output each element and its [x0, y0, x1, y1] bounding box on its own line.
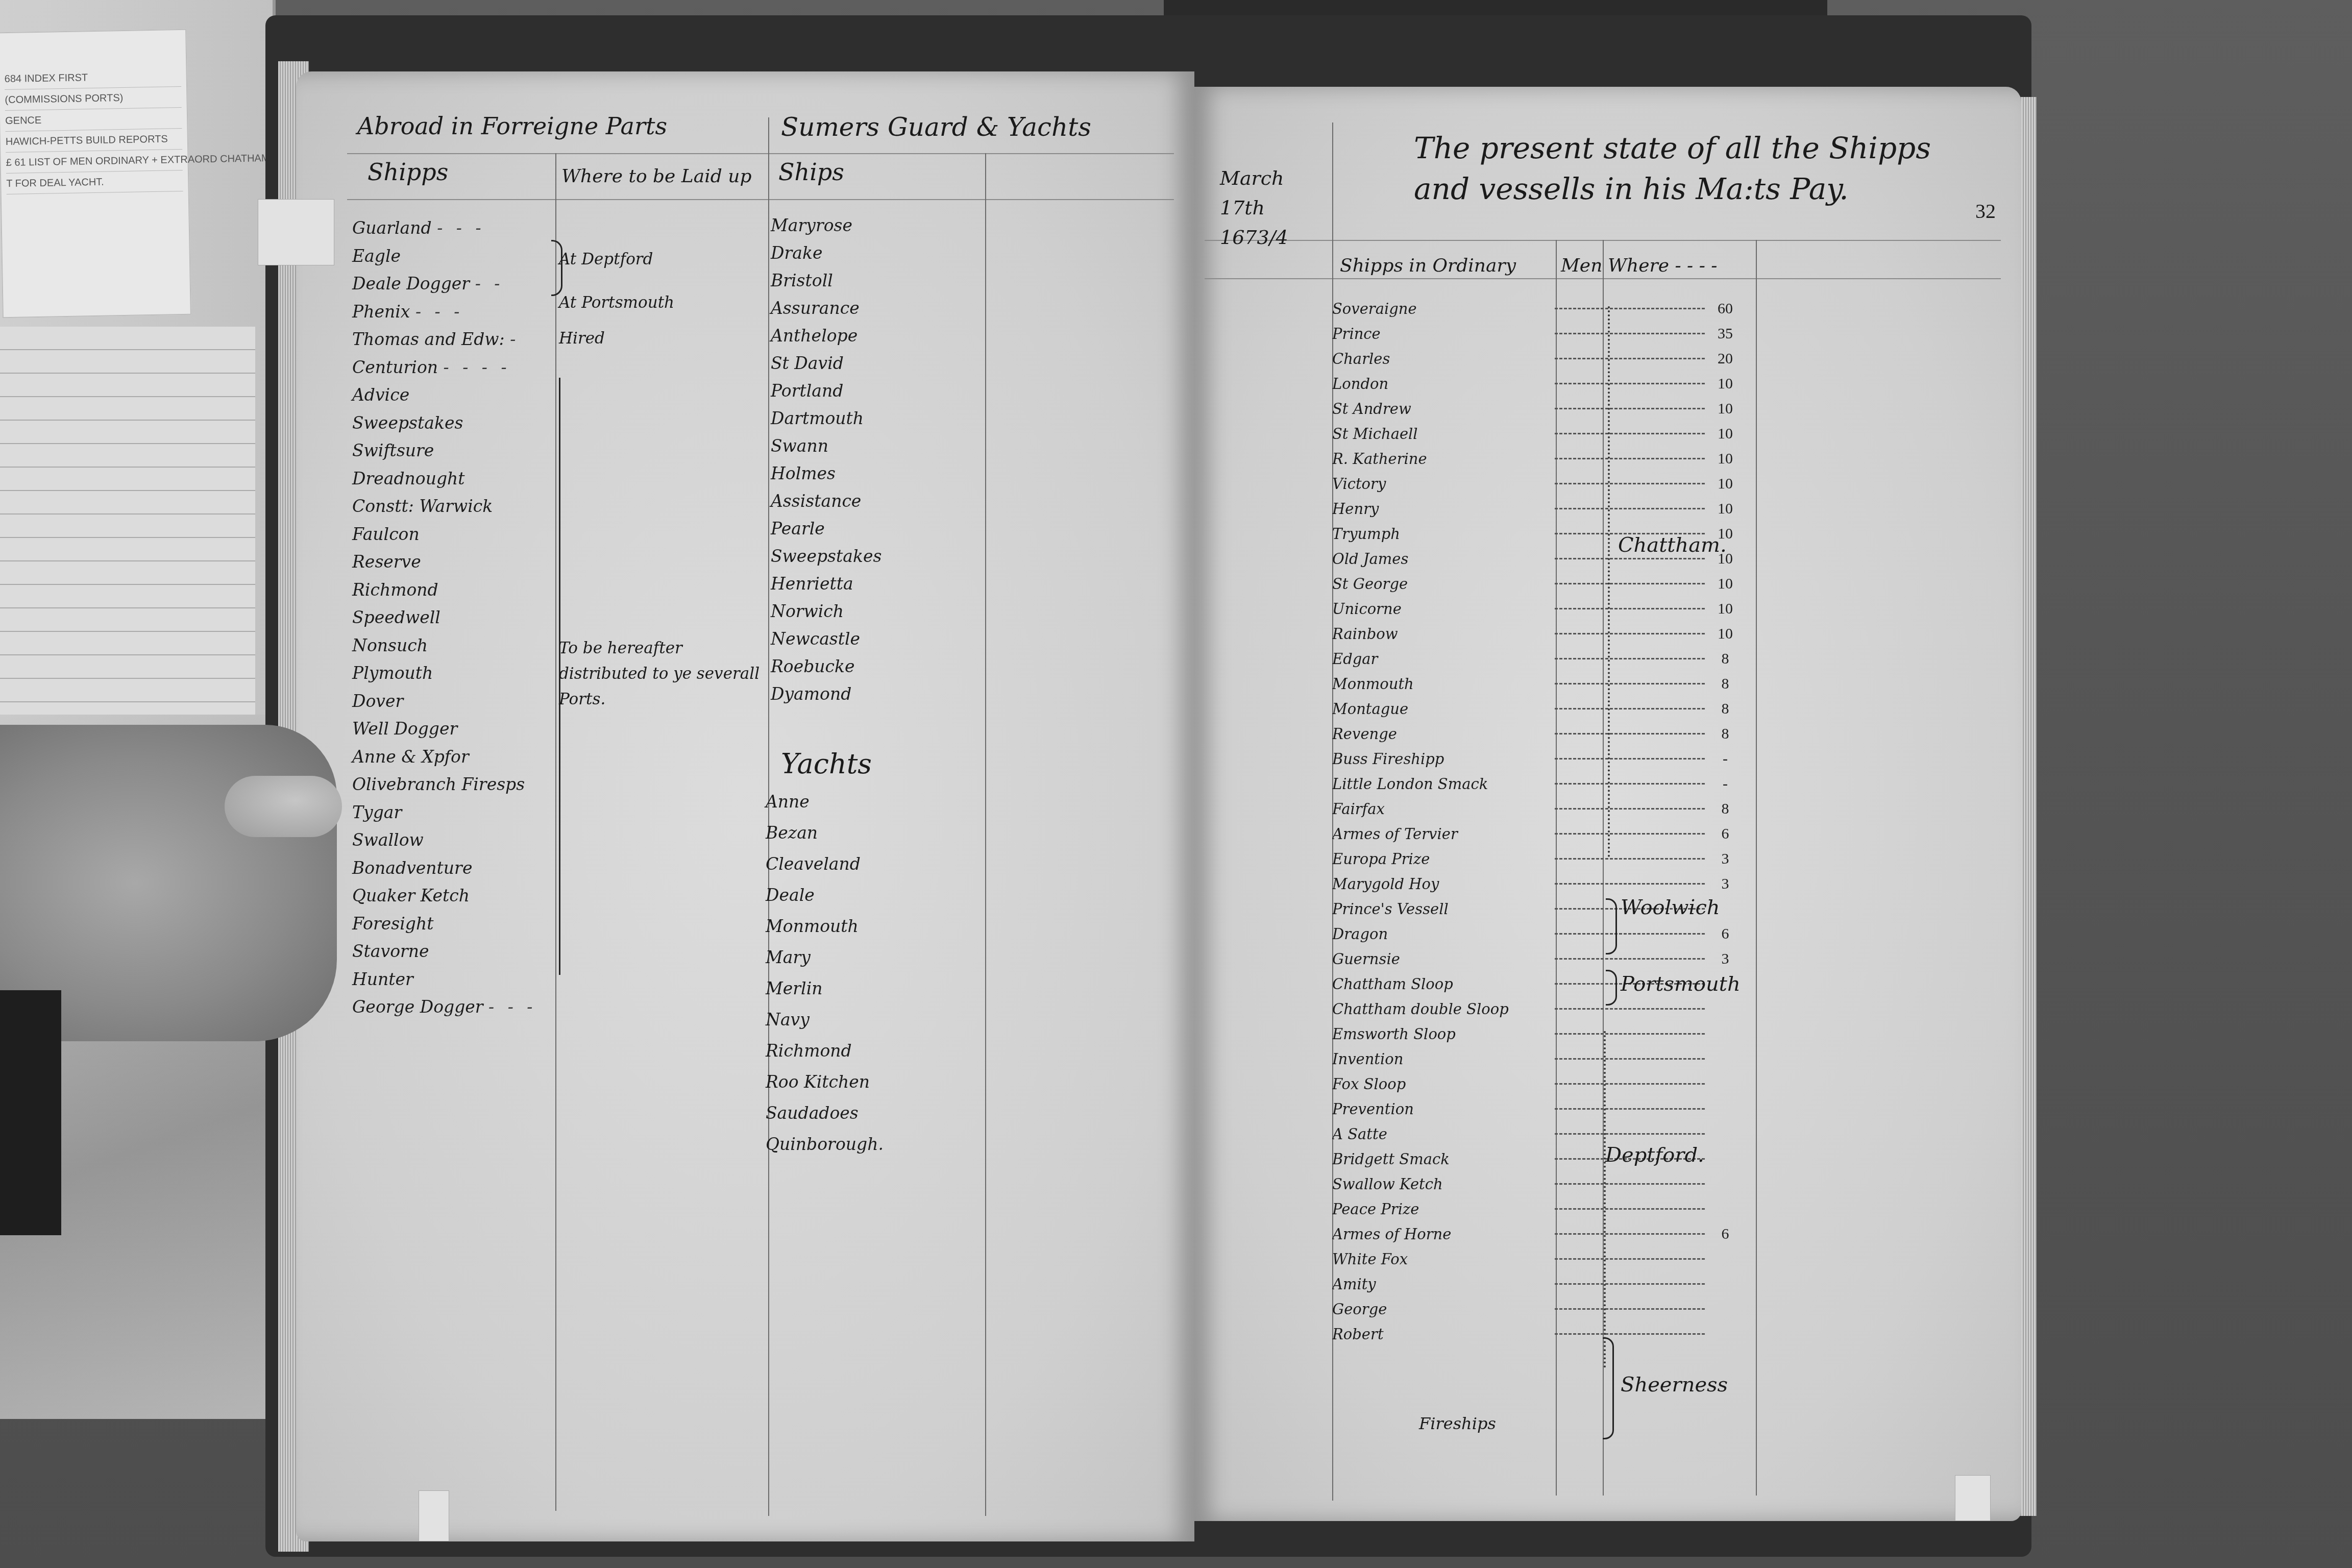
list-item: Swiftsure: [352, 437, 537, 465]
list-item: Anne & Xpfor: [352, 743, 537, 771]
list-item: Dreadnought: [352, 465, 537, 493]
list-item: Anthelope: [771, 322, 881, 350]
folio-number: 32: [1975, 199, 1996, 223]
location-label: Deptford.: [1605, 1143, 1704, 1167]
where-note: Hired: [559, 329, 605, 348]
list-item: Richmond: [352, 576, 537, 604]
list-item: Sweepstakes: [771, 543, 881, 570]
ruled-line: [347, 199, 1174, 200]
table-row: Little London Smack-: [1332, 771, 1741, 796]
table-row: Chattham double Sloop: [1332, 996, 1741, 1021]
location-label: Woolwich: [1621, 896, 1720, 919]
where-note: At Deptford: [559, 250, 653, 268]
list-item: Eagle: [352, 242, 537, 271]
table-row: Unicorne10: [1332, 596, 1741, 621]
list-item: Deale: [766, 879, 884, 911]
archive-note-card: 684 INDEX FIRST (COMMISSIONS PORTS) GENC…: [0, 29, 191, 318]
table-row: Henry10: [1332, 496, 1741, 521]
table-row: A Satte: [1332, 1121, 1741, 1146]
list-item: Advice: [352, 381, 537, 409]
table-row: Fox Sloop: [1332, 1071, 1741, 1096]
note-line: GENCE: [5, 108, 182, 132]
table-row: Monmouth8: [1332, 671, 1741, 696]
list-item: Cleaveland: [766, 848, 884, 879]
location-label: Sheerness: [1621, 1373, 1728, 1396]
table-row: St Andrew10: [1332, 396, 1741, 421]
list-item: Anne: [766, 786, 884, 817]
paper-tab: [419, 1490, 449, 1541]
list-item: Navy: [766, 1004, 884, 1035]
list-item: Maryrose: [771, 212, 881, 239]
list-item: Deale Dogger - -: [352, 270, 537, 298]
table-row: George: [1332, 1296, 1741, 1321]
table-row: London10: [1332, 371, 1741, 396]
column-rule: [985, 153, 986, 1516]
location-brace: [1603, 1337, 1614, 1439]
table-row: Edgar8: [1332, 646, 1741, 671]
paper-tab: [1955, 1475, 1991, 1521]
column-rule: [1756, 240, 1757, 1496]
list-item: Henrietta: [771, 570, 881, 598]
where-note: At Portsmouth: [559, 293, 674, 312]
table-row: R. Katherine10: [1332, 446, 1741, 471]
table-row: Victory10: [1332, 471, 1741, 496]
table-row: Europa Prize3: [1332, 846, 1741, 871]
column-rule: [555, 153, 556, 1511]
list-item: Olivebranch Firesps: [352, 771, 537, 799]
list-item: Reserve: [352, 548, 537, 576]
note-line: T FOR DEAL YACHT.: [6, 170, 183, 194]
table-row: Rainbow10: [1332, 621, 1741, 646]
fireships-note: Firesps: [461, 774, 525, 794]
table-row: Guernsie3: [1332, 946, 1741, 971]
location-brace: [1606, 970, 1617, 1006]
list-item: Dartmouth: [771, 405, 881, 432]
table-row: Fairfax8: [1332, 796, 1741, 821]
list-item: Bristoll: [771, 267, 881, 295]
list-item: Assurance: [771, 295, 881, 322]
column-header-where: Where - - - -: [1608, 255, 1717, 276]
column-header-where: Where to be Laid up: [561, 166, 751, 187]
list-item: Tygar: [352, 799, 537, 827]
abroad-ships-list: Guarland - - - Eagle Deale Dogger - - Ph…: [352, 214, 537, 1021]
list-item: Richmond: [766, 1035, 884, 1066]
list-item: Constt: Warwick: [352, 493, 537, 521]
list-item: Faulcon: [352, 521, 537, 549]
list-item: Norwich: [771, 598, 881, 625]
column-header-ships: Shipps: [367, 158, 448, 186]
list-item: Saudadoes: [766, 1097, 884, 1129]
table-row: Amity: [1332, 1271, 1741, 1296]
thumb: [225, 776, 342, 837]
note-line: 684 INDEX FIRST: [4, 66, 181, 90]
section-title-abroad: Abroad in Forreigne Parts: [357, 112, 667, 140]
fireships-note: Fireships: [1419, 1414, 1496, 1433]
section-title-summer-guard: Sumers Guard & Yachts: [781, 112, 1091, 142]
list-item: Plymouth: [352, 659, 537, 688]
yachts-list: Anne Bezan Cleaveland Deale Monmouth Mar…: [766, 786, 884, 1160]
table-row: Marygold Hoy3: [1332, 871, 1741, 896]
table-row: Revenge8: [1332, 721, 1741, 746]
ruled-paper: [0, 327, 255, 715]
list-item: George Dogger - - -: [352, 993, 537, 1021]
list-item: Swallow: [352, 826, 537, 854]
list-item: Thomas and Edw: -: [352, 326, 537, 354]
list-item: Dover: [352, 688, 537, 716]
list-item: Speedwell: [352, 604, 537, 632]
yachts-heading: Yachts: [781, 748, 872, 780]
column-header-ships-ordinary: Shipps in Ordinary: [1340, 255, 1516, 276]
list-item: Foresight: [352, 910, 537, 938]
table-row: Soveraigne60: [1332, 296, 1741, 321]
note-line: (COMMISSIONS PORTS): [5, 87, 182, 111]
list-item: Holmes: [771, 460, 881, 487]
table-row: Peace Prize: [1332, 1196, 1741, 1221]
table-row: Montague8: [1332, 696, 1741, 721]
jacket-sleeve: [0, 990, 61, 1235]
table-row: St George10: [1332, 571, 1741, 596]
list-item: Swann: [771, 432, 881, 460]
where-note: To be hereafter distributed to ye severa…: [559, 635, 763, 712]
location-label: Chattham.: [1618, 533, 1727, 557]
list-item: Well Dogger: [352, 715, 537, 743]
location-label: Portsmouth: [1621, 972, 1741, 996]
list-item: Stavorne: [352, 938, 537, 966]
list-item: Pearle: [771, 515, 881, 543]
list-item: Phenix - - -: [352, 298, 537, 326]
page-title: The present state of all the Shipps and …: [1414, 128, 1975, 209]
list-item: Bezan: [766, 817, 884, 848]
table-row: Robert: [1332, 1321, 1741, 1346]
entry-date: March 17th 1673/4: [1220, 163, 1322, 252]
list-item: Merlin: [766, 973, 884, 1004]
table-row: Buss Fireshipp-: [1332, 746, 1741, 771]
list-item: St David: [771, 350, 881, 377]
list-item: Hunter: [352, 966, 537, 994]
table-row: Armes of Horne6: [1332, 1221, 1741, 1246]
table-row: Prevention: [1332, 1096, 1741, 1121]
note-line: £ 61 LIST OF MEN ORDINARY + EXTRAORD CHA…: [6, 150, 183, 174]
location-brace: [1608, 306, 1610, 857]
column-header-ships-summer: Ships: [778, 158, 844, 186]
table-row: Dragon6: [1332, 921, 1741, 946]
list-item: Guarland - - -: [352, 214, 537, 242]
location-brace: [1604, 1031, 1606, 1368]
list-item: Assistance: [771, 487, 881, 515]
list-item: Dyamond: [771, 680, 881, 708]
table-row: Swallow Ketch: [1332, 1171, 1741, 1196]
list-item: Newcastle: [771, 625, 881, 653]
table-row: Invention: [1332, 1046, 1741, 1071]
table-row: Charles20: [1332, 346, 1741, 371]
table-row: Armes of Tervier6: [1332, 821, 1741, 846]
list-item: Quaker Ketch: [352, 882, 537, 910]
list-item: Centurion - - - -: [352, 354, 537, 382]
list-item: Mary: [766, 942, 884, 973]
list-item: Roebucke: [771, 653, 881, 680]
ships-in-ordinary-table: Soveraigne60 Prince35 Charles20 London10…: [1332, 296, 1741, 1346]
table-row: Prince35: [1332, 321, 1741, 346]
table-row: White Fox: [1332, 1246, 1741, 1271]
table-row: St Michaell10: [1332, 421, 1741, 446]
list-item: Nonsuch: [352, 632, 537, 660]
paper-tab: [258, 199, 334, 265]
list-item: Bonadventure: [352, 854, 537, 883]
list-item: Monmouth: [766, 911, 884, 942]
location-brace: [1606, 898, 1617, 954]
note-line: HAWICH-PETTS BUILD REPORTS: [6, 129, 183, 153]
list-item: Portland: [771, 377, 881, 405]
summer-guard-ships-list: Maryrose Drake Bristoll Assurance Anthel…: [771, 212, 881, 708]
list-item: Quinborough.: [766, 1129, 884, 1160]
table-row: Emsworth Sloop: [1332, 1021, 1741, 1046]
column-header-men: Men: [1561, 255, 1602, 276]
list-item: Drake: [771, 239, 881, 267]
list-item: Sweepstakes: [352, 409, 537, 437]
list-item: Roo Kitchen: [766, 1066, 884, 1097]
ruled-line: [347, 153, 1174, 154]
